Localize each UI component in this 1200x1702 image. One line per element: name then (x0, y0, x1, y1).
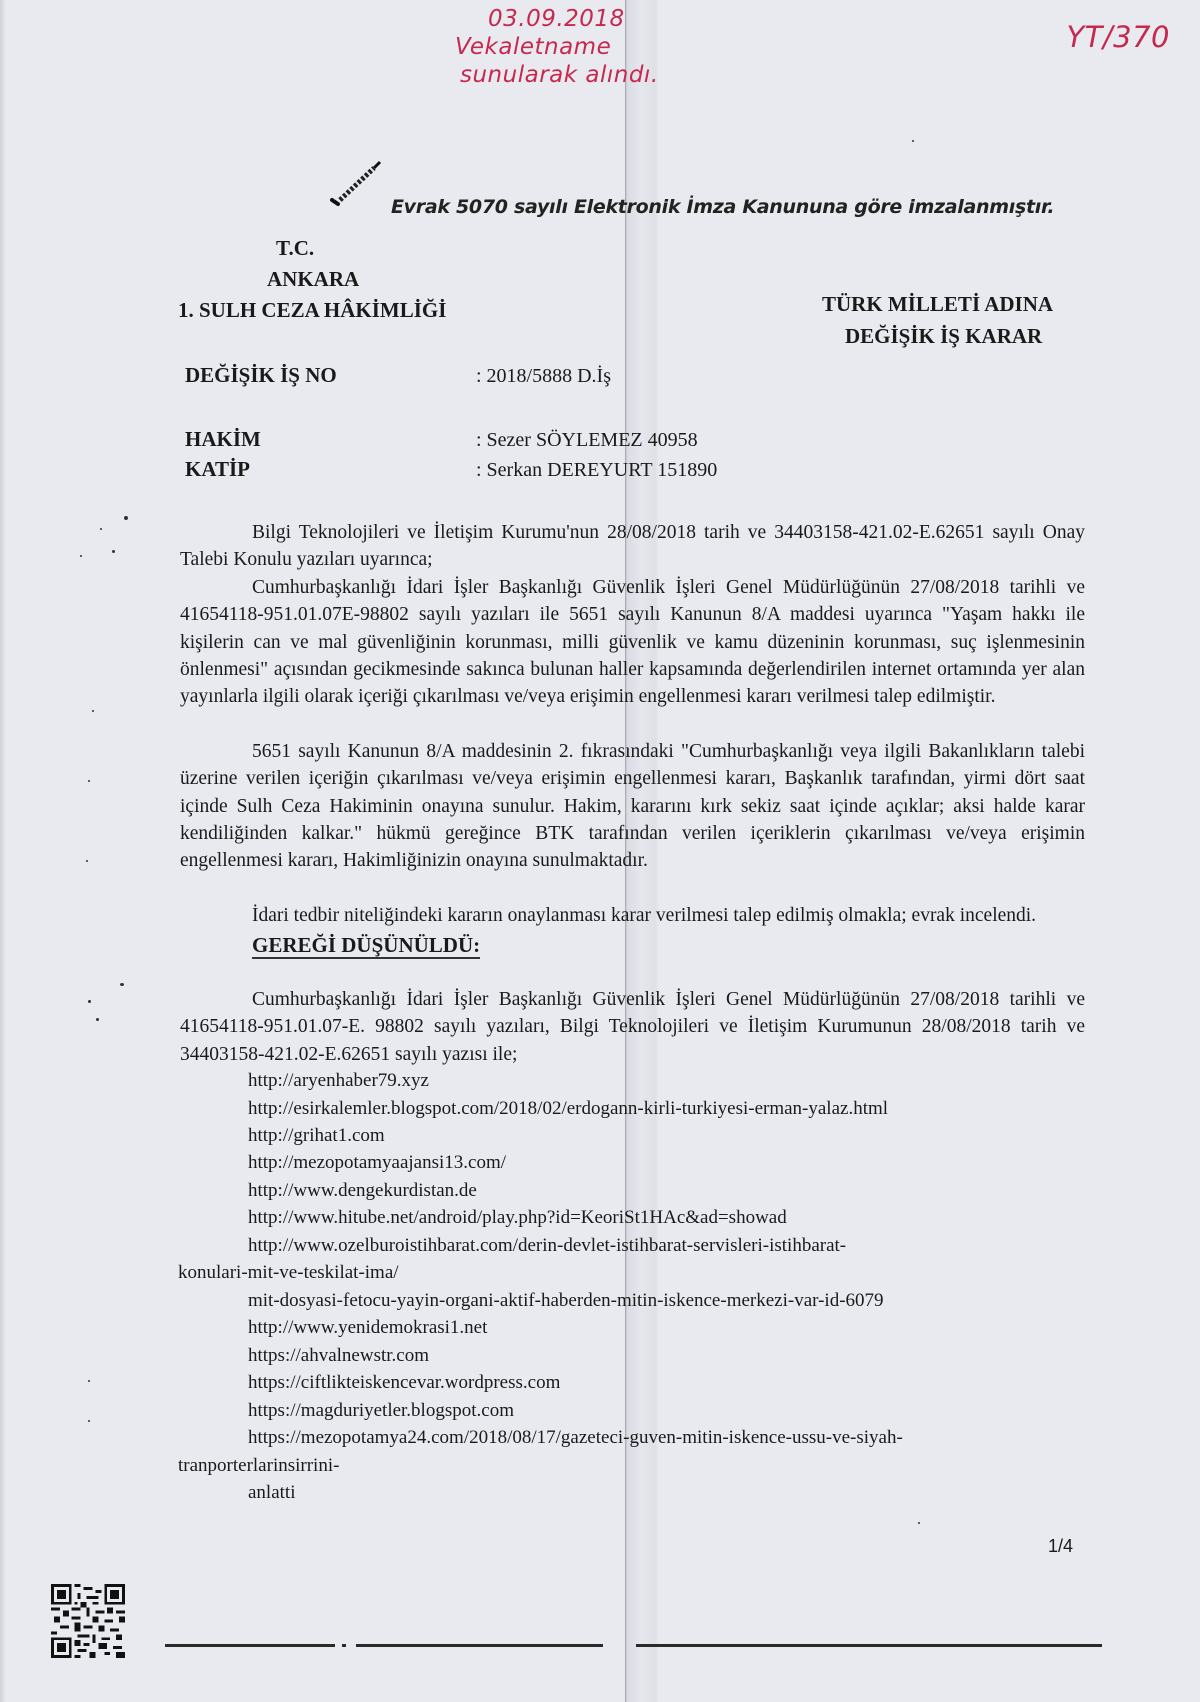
scan-speck (100, 528, 102, 530)
blocked-url: https://magduriyetler.blogspot.com (248, 1400, 514, 1422)
header-city: ANKARA (267, 267, 359, 292)
scan-speck (112, 550, 115, 553)
footer-rule-segment (165, 1644, 335, 1647)
blocked-url: http://www.hitube.net/android/play.php?i… (248, 1207, 787, 1229)
paragraph-presidency-request: Cumhurbaşkanlığı İdari İşler Başkanlığı … (180, 574, 1085, 710)
scan-speck (912, 140, 914, 142)
paragraph-review: İdari tedbir niteliğindeki kararın onayl… (180, 902, 1085, 929)
handwritten-date: 03.09.2018 (488, 6, 625, 32)
blocked-url: http://www.ozelburoistihbarat.com/derin-… (248, 1235, 846, 1257)
section-heading-decision: GEREĞİ DÜŞÜNÜLDÜ: (252, 933, 480, 959)
blocked-url: http://www.yenidemokrasi1.net (248, 1317, 487, 1339)
footer-rule-segment (356, 1644, 603, 1647)
header-right-subtitle: DEĞİŞİK İŞ KARAR (845, 324, 1042, 349)
header-court: 1. SULH CEZA HÂKİMLİĞİ (178, 298, 446, 323)
scan-speck (96, 1018, 99, 1021)
blocked-url-continuation: konulari-mit-ve-teskilat-ima/ (178, 1262, 399, 1284)
scan-speck (92, 710, 94, 712)
clerk-value: : Serkan DEREYURT 151890 (476, 457, 717, 484)
page-number: 1/4 (1048, 1536, 1073, 1557)
blocked-url: https://ahvalnewstr.com (248, 1345, 429, 1367)
qr-code-icon (51, 1583, 125, 1659)
clerk-label: KATİP (185, 457, 250, 482)
header-right-title: TÜRK MİLLETİ ADINA (822, 292, 1053, 317)
pen-signature-icon (330, 160, 390, 210)
judge-label: HAKİM (185, 427, 261, 452)
blocked-url: http://esirkalemler.blogspot.com/2018/02… (248, 1098, 888, 1120)
blocked-url: http://aryenhaber79.xyz (248, 1070, 429, 1092)
paragraph-btk-request: Bilgi Teknolojileri ve İletişim Kurumu'n… (180, 519, 1085, 574)
scan-speck (88, 1380, 90, 1382)
blocked-url: https://ciftlikteiskencevar.wordpress.co… (248, 1372, 560, 1394)
blocked-url: http://grihat1.com (248, 1125, 385, 1147)
judge-value: : Sezer SÖYLEMEZ 40958 (476, 427, 698, 454)
scan-speck (80, 555, 82, 557)
blocked-url: http://www.dengekurdistan.de (248, 1180, 477, 1202)
scan-speck (88, 780, 90, 782)
blocked-url-continuation: anlatti (248, 1482, 295, 1504)
blocked-url-continuation: tranporterlarinsirrini- (178, 1455, 339, 1477)
scan-speck (120, 983, 124, 986)
blocked-url: http://mezopotamyaajansi13.com/ (248, 1152, 506, 1174)
paragraph-law-5651: 5651 sayılı Kanunun 8/A maddesinin 2. fı… (180, 738, 1085, 874)
handwritten-note-line-1: Vekaletname (455, 34, 611, 60)
scan-speck (88, 1420, 90, 1422)
footer-rule-segment (342, 1644, 346, 1647)
scan-speck (88, 1000, 91, 1003)
scan-speck (124, 516, 128, 520)
paragraph-decision: Cumhurbaşkanlığı İdari İşler Başkanlığı … (180, 986, 1085, 1068)
handwritten-note-line-2: sunularak alındı. (460, 62, 659, 88)
handwritten-reference: YT/370 (1066, 20, 1170, 54)
scan-speck (918, 1522, 920, 1524)
case-number-label: DEĞİŞİK İŞ NO (185, 363, 337, 388)
header-country: T.C. (276, 236, 314, 261)
case-number-value: : 2018/5888 D.İş (476, 363, 611, 390)
esign-notice: Evrak 5070 sayılı Elektronik İmza Kanunu… (391, 196, 1054, 218)
blocked-url: https://mezopotamya24.com/2018/08/17/gaz… (248, 1427, 903, 1449)
blocked-url-continuation: mit-dosyasi-fetocu-yayin-organi-aktif-ha… (248, 1290, 884, 1312)
footer-rule-segment (636, 1644, 1102, 1647)
scan-speck (86, 860, 88, 862)
scan-left-edge (0, 0, 6, 1702)
